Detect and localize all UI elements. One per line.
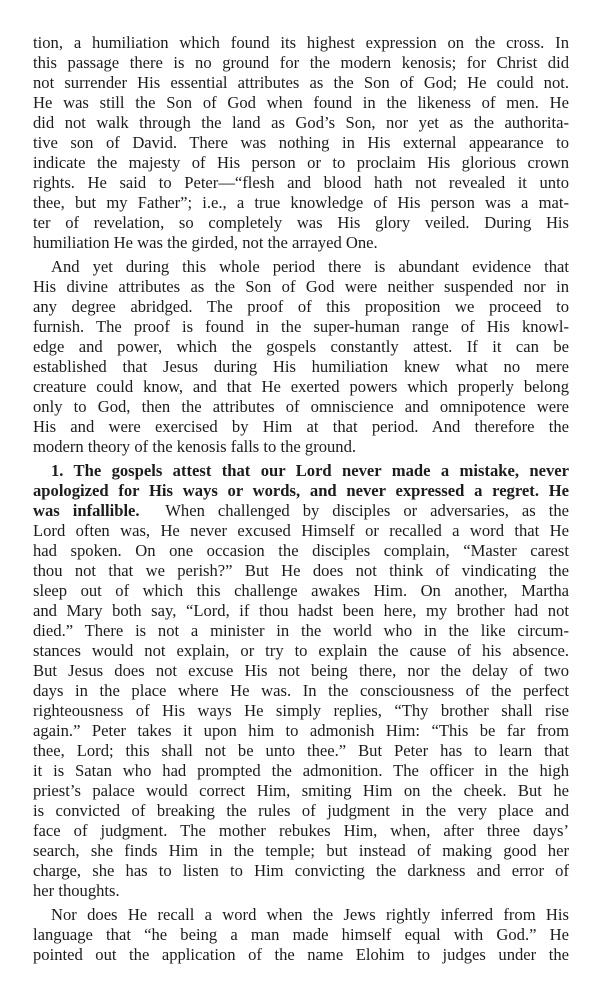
text-line: thou not that we perish?” But He does no…: [33, 561, 569, 581]
text-line: tion, a humiliation which found its high…: [33, 33, 569, 53]
text-line: ter of revelation, so completely was His…: [33, 213, 569, 233]
text-line: But Jesus does not excuse His not being …: [33, 661, 569, 681]
text-fragment: When challenged by disciples or adversar…: [140, 501, 569, 520]
text-line: He was still the Son of God when found i…: [33, 93, 569, 113]
text-line: Lord often was, He never excused Himself…: [33, 521, 569, 541]
text-line: Nor does He recall a word when the Jews …: [33, 905, 569, 925]
text-line: and Mary both say, “Lord, if thou hadst …: [33, 601, 569, 621]
text-line: edge and power, which the gospels consta…: [33, 337, 569, 357]
text-line: established that Jesus during His humili…: [33, 357, 569, 377]
text-line: pointed out the application of the name …: [33, 945, 569, 965]
text-line: language that “he being a man made himse…: [33, 925, 569, 945]
text-line: His and were exercised by Him at that pe…: [33, 417, 569, 437]
text-line: any degree abridged. The proof of this p…: [33, 297, 569, 317]
text-line: her thoughts.: [33, 881, 569, 901]
text-line: is convicted of breaking the rules of ju…: [33, 801, 569, 821]
text-line: sleep out of which this challenge awakes…: [33, 581, 569, 601]
text-line: humiliation He was the girded, not the a…: [33, 233, 569, 253]
section-heading-end: was infallible.: [33, 501, 140, 520]
text-line: did not walk through the land as God’s S…: [33, 113, 569, 133]
text-line: died.” There is not a minister in the wo…: [33, 621, 569, 641]
text-line: righteousness of His ways He simply repl…: [33, 701, 569, 721]
text-line: His divine attributes as the Son of God …: [33, 277, 569, 297]
text-line: stances would not explain, or try to exp…: [33, 641, 569, 661]
text-line: days in the place where He was. In the c…: [33, 681, 569, 701]
document-page: tion, a humiliation which found its high…: [33, 33, 569, 969]
paragraph-3: 1. The gospels attest that our Lord neve…: [33, 461, 569, 901]
text-line: charge, she has to listen to Him convict…: [33, 861, 569, 881]
section-heading-line: 1. The gospels attest that our Lord neve…: [33, 461, 569, 481]
paragraph-2: And yet during this whole period there i…: [33, 257, 569, 457]
text-line: tive son of David. There was nothing in …: [33, 133, 569, 153]
text-line: was infallible. When challenged by disci…: [33, 501, 569, 521]
text-line: only to God, then the attributes of omni…: [33, 397, 569, 417]
text-line: creature could know, and that He exerted…: [33, 377, 569, 397]
text-line: thee, Lord; this shall not be unto thee.…: [33, 741, 569, 761]
section-heading-line: apologized for His ways or words, and ne…: [33, 481, 569, 501]
text-line: And yet during this whole period there i…: [33, 257, 569, 277]
text-line: not surrender His essential attributes a…: [33, 73, 569, 93]
text-line: this passage there is no ground for the …: [33, 53, 569, 73]
text-line: indicate the majesty of His person or to…: [33, 153, 569, 173]
text-line: furnish. The proof is found in the super…: [33, 317, 569, 337]
paragraph-4: Nor does He recall a word when the Jews …: [33, 905, 569, 965]
text-line: priest’s palace would correct Him, smiti…: [33, 781, 569, 801]
text-line: thee, but my Father”; i.e., a true knowl…: [33, 193, 569, 213]
text-line: face of judgment. The mother rebukes Him…: [33, 821, 569, 841]
text-line: modern theory of the kenosis falls to th…: [33, 437, 569, 457]
text-line: it is Satan who had prompted the admonit…: [33, 761, 569, 781]
text-line: again.” Peter takes it upon him to admon…: [33, 721, 569, 741]
text-line: had spoken. On one occasion the disciple…: [33, 541, 569, 561]
text-line: rights. He said to Peter—“flesh and bloo…: [33, 173, 569, 193]
paragraph-1: tion, a humiliation which found its high…: [33, 33, 569, 253]
text-line: search, she finds Him in the temple; but…: [33, 841, 569, 861]
